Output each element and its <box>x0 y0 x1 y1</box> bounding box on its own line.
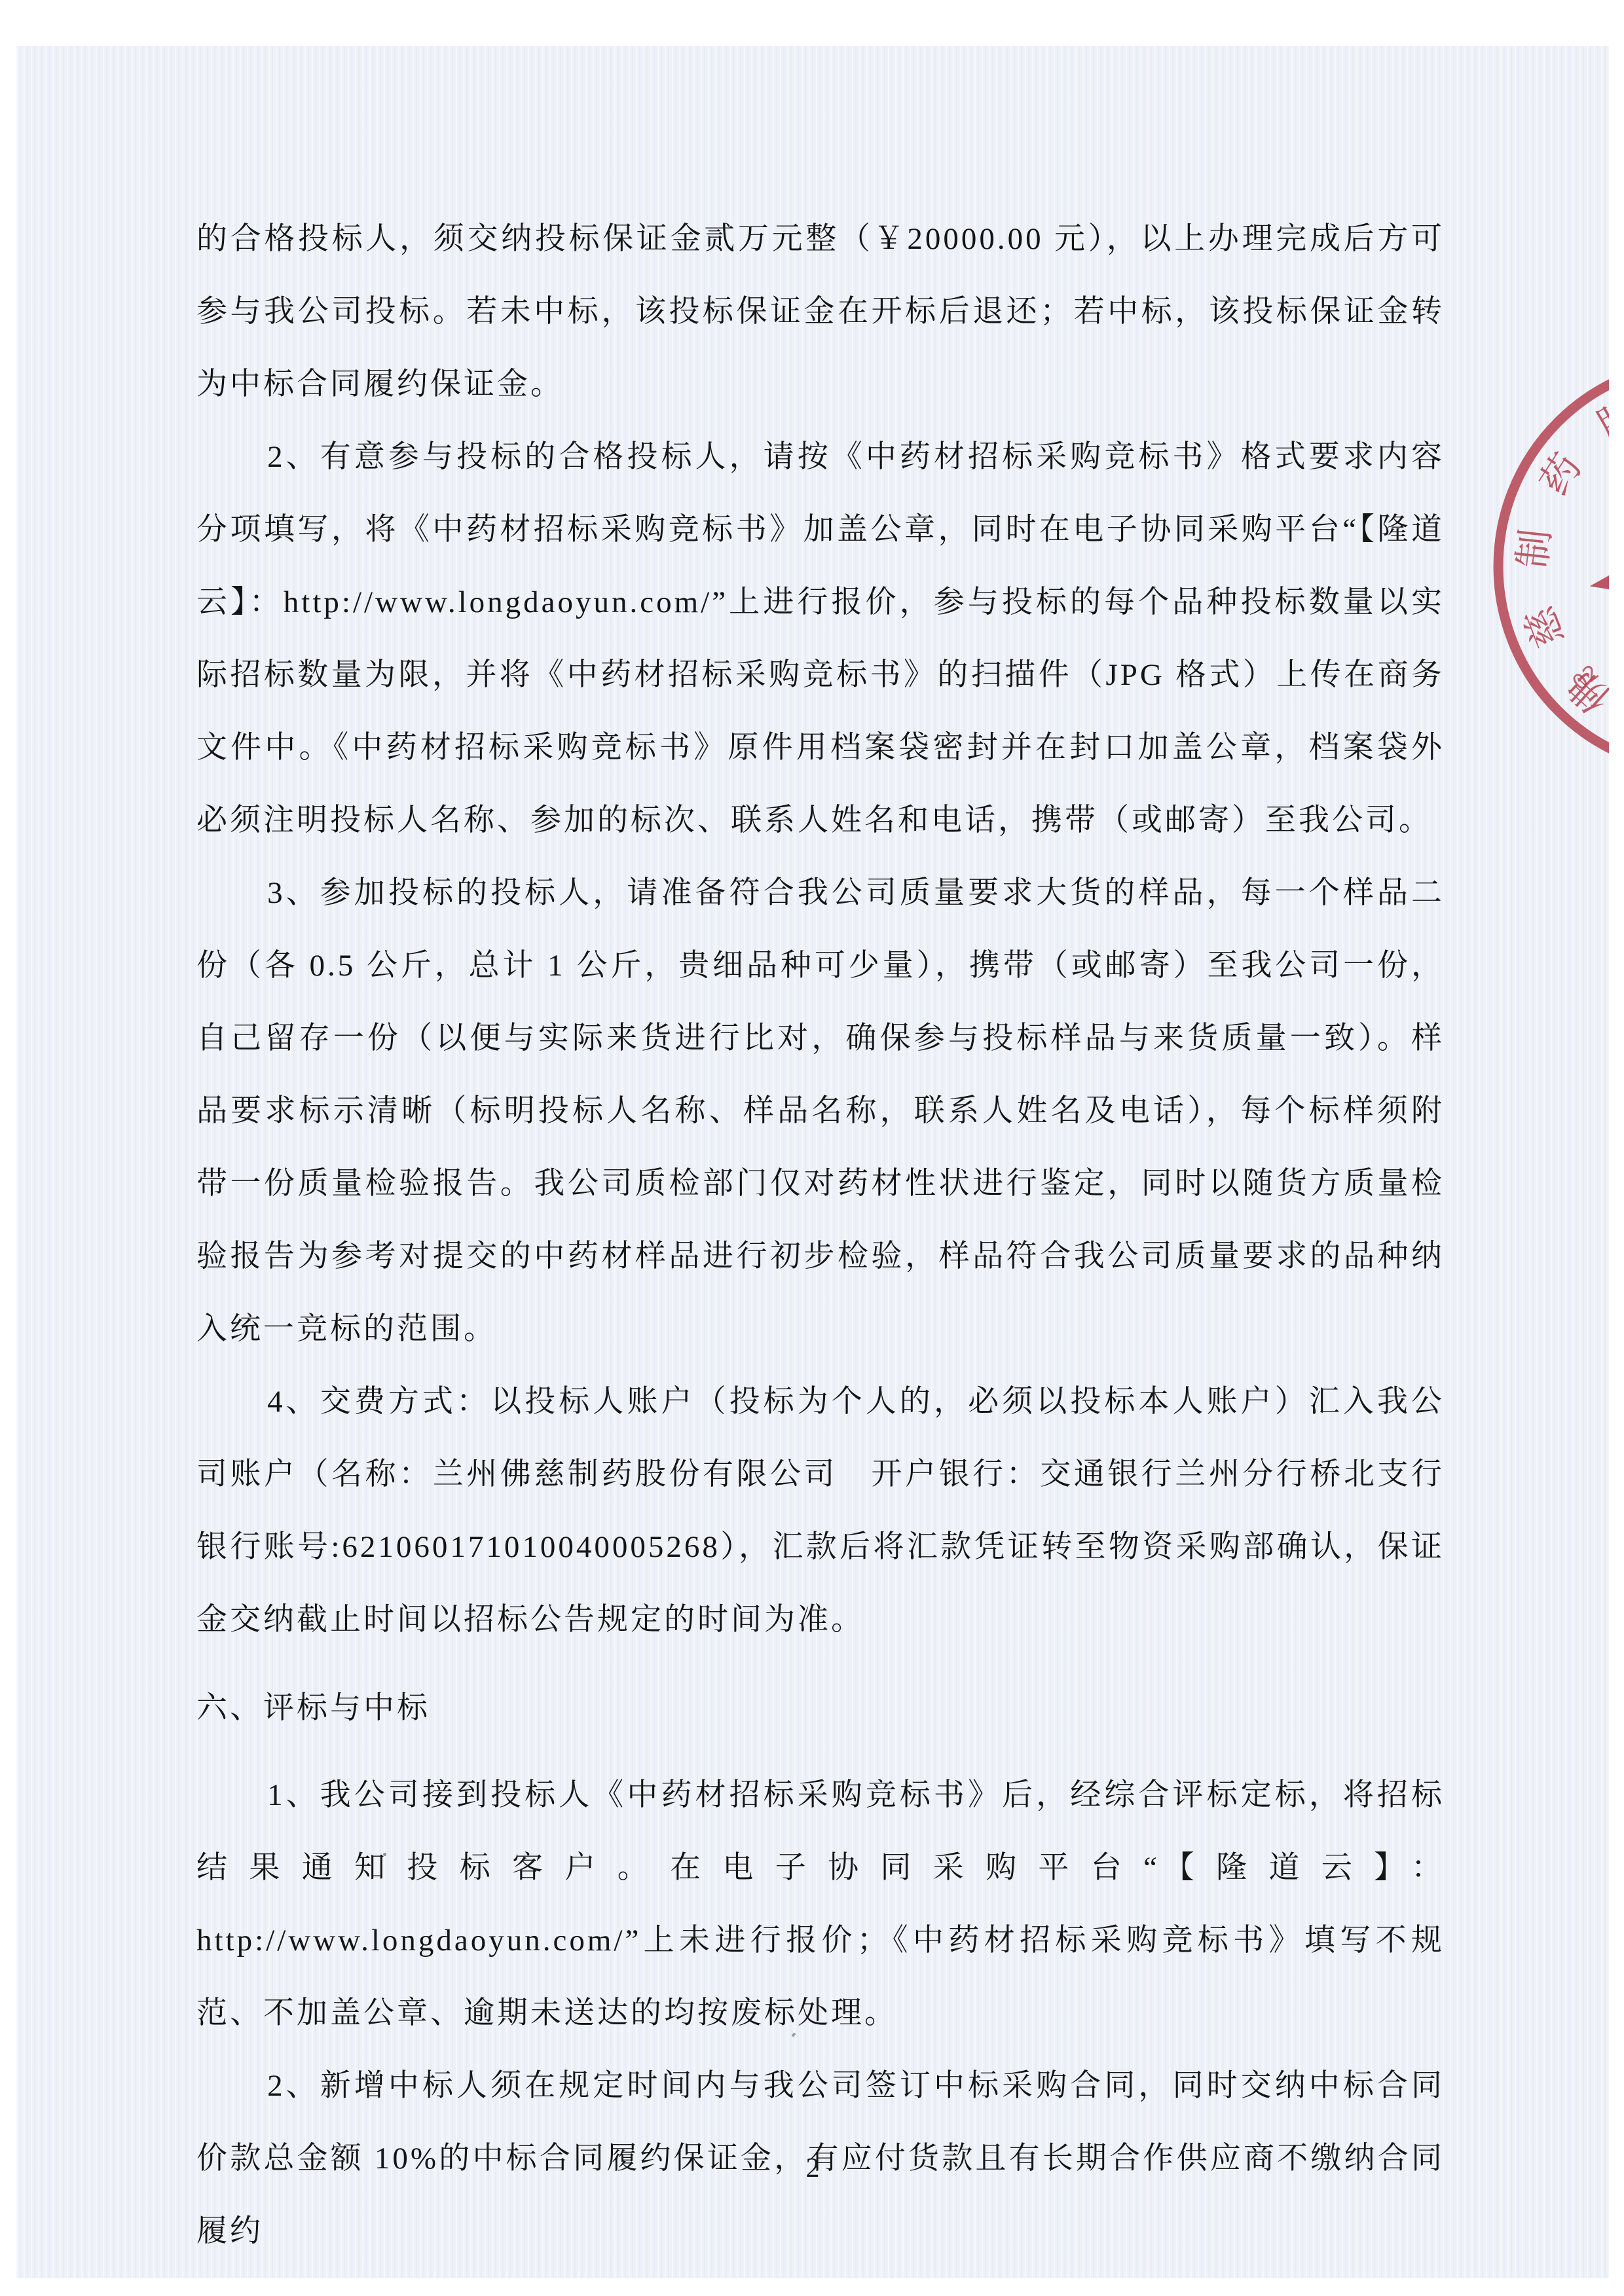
paragraph: 1、我公司接到投标人《中药材招标采购竞标书》后，经综合评标定标，将招标结果通知投… <box>196 1759 1445 2050</box>
scan-speck <box>383 1853 386 1856</box>
seal-character: 制 <box>1511 527 1558 571</box>
paragraph: 2、有意参与投标的合格投标人，请按《中药材招标采购竞标书》格式要求内容分项填写，… <box>196 421 1445 857</box>
document-body: 的合格投标人，须交纳投标保证金贰万元整（￥20000.00 元），以上办理完成后… <box>196 203 1445 2268</box>
paragraph: 4、交费方式：以投标人账户（投标为个人的，必须以投标本人账户）汇入我公司账户（名… <box>196 1366 1445 1656</box>
paragraph: 3、参加投标的投标人，请准备符合我公司质量要求大货的样品，每一个样品二份（各 0… <box>196 857 1445 1366</box>
seal-character: 慈 <box>1518 601 1572 653</box>
section-heading: 六、评标与中标 <box>196 1672 1445 1745</box>
seal-character: 药 <box>1532 446 1590 502</box>
seal-character: 股 <box>1591 392 1609 448</box>
seal-star-icon <box>1590 465 1609 680</box>
scan-area: 的合格投标人，须交纳投标保证金贰万元整（￥20000.00 元），以上办理完成后… <box>16 46 1609 2278</box>
paragraph: 的合格投标人，须交纳投标保证金贰万元整（￥20000.00 元），以上办理完成后… <box>196 203 1445 421</box>
company-seal: 兰州佛慈制药股份有限公司02 <box>1477 354 1609 812</box>
page-number: 2 <box>16 2153 1609 2184</box>
